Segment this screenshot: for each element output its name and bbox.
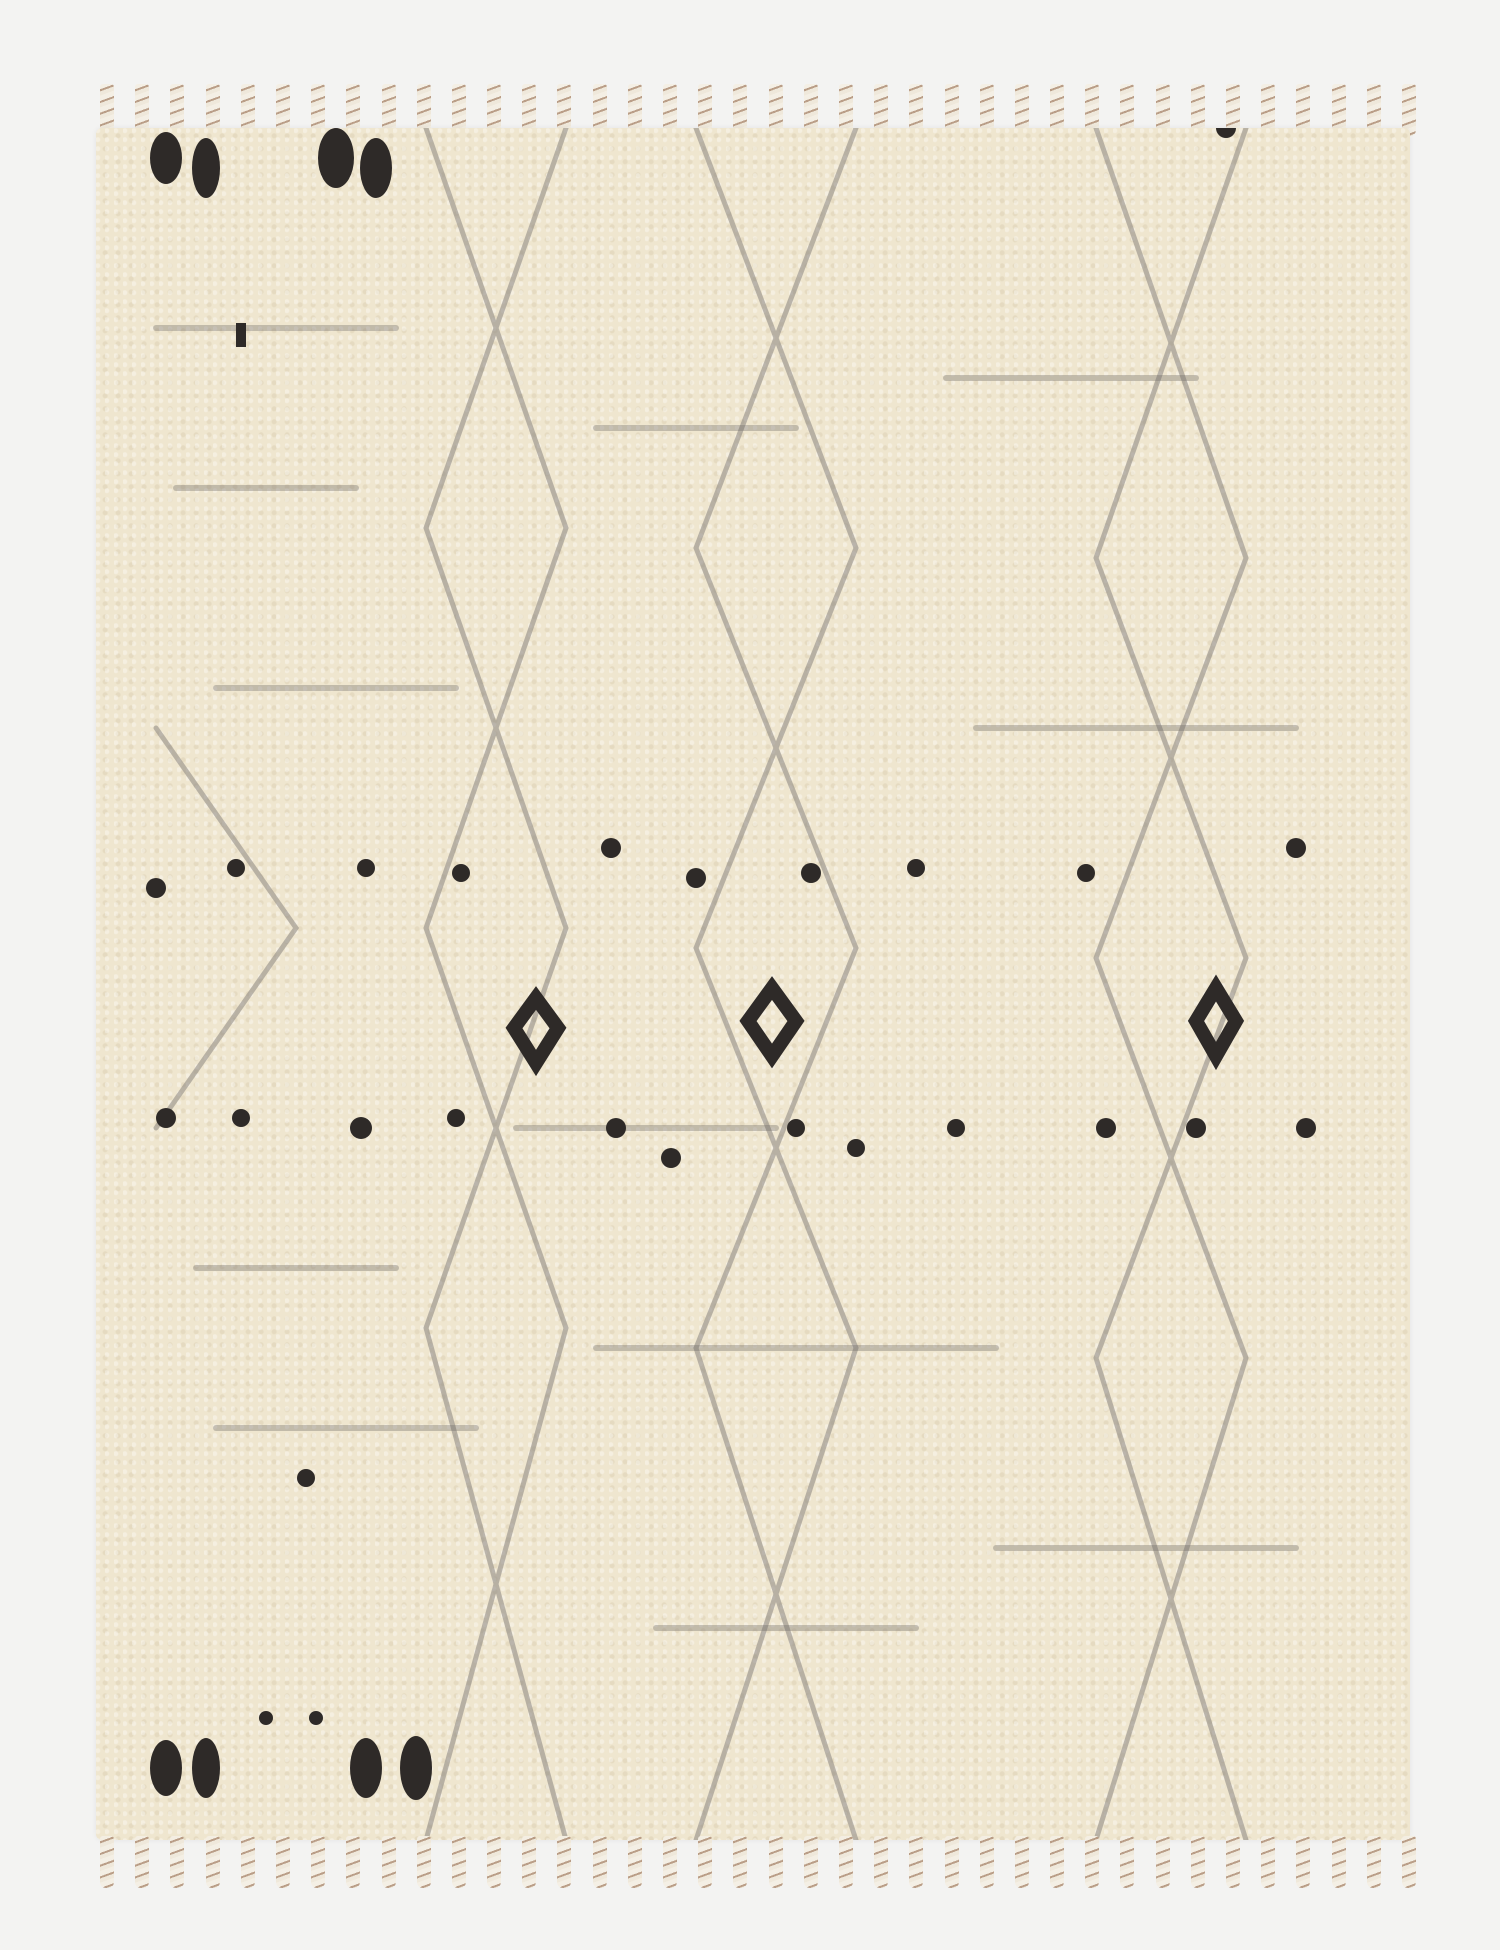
tassel [698,1836,712,1888]
tassel [417,1836,431,1888]
tassel [804,1836,818,1888]
tassel [311,1836,325,1888]
tassel [874,1836,888,1888]
tassel [945,1836,959,1888]
tassel [100,1836,114,1888]
tassel [382,1836,396,1888]
tassel [522,1836,536,1888]
tassel [1402,1836,1416,1888]
bottom-fringe [100,1836,1416,1888]
tassel [628,1836,642,1888]
tassel [909,1836,923,1888]
rug-pattern [96,128,1410,1840]
tassel [839,1836,853,1888]
tassel [135,1836,149,1888]
tassel [1015,1836,1029,1888]
tassel [980,1836,994,1888]
rug [96,128,1410,1840]
tassel [1120,1836,1134,1888]
tassel [1226,1836,1240,1888]
tassel [1332,1836,1346,1888]
tassel [1367,1836,1381,1888]
tassel [1156,1836,1170,1888]
tassel [241,1836,255,1888]
tassel [593,1836,607,1888]
tassel [1261,1836,1275,1888]
tassel [1191,1836,1205,1888]
tassel [1050,1836,1064,1888]
tassel [346,1836,360,1888]
tassel [1085,1836,1099,1888]
tassel [487,1836,501,1888]
tassel [206,1836,220,1888]
tassel [452,1836,466,1888]
tassel [276,1836,290,1888]
tassel [769,1836,783,1888]
tassel [557,1836,571,1888]
tassel [663,1836,677,1888]
tassel [170,1836,184,1888]
tassel [1296,1836,1310,1888]
tassel [733,1836,747,1888]
